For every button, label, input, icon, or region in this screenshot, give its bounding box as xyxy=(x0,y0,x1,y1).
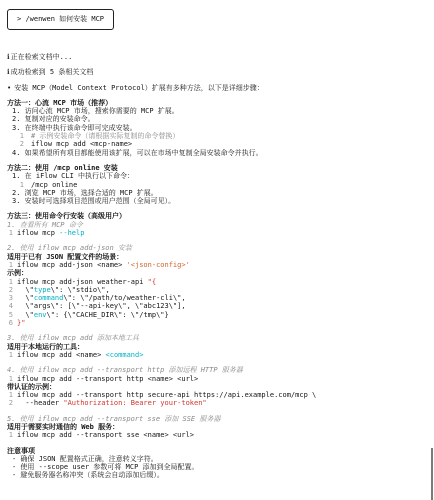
line-number: 6 xyxy=(7,319,13,327)
code-line: 1# 示例安装命令（请根据实际复制的命令替换） xyxy=(7,132,434,140)
prompt-text: /wenwen 如何安装 MCP xyxy=(25,15,104,23)
note-item: - 避免服务器名称冲突（系统会自动添加后缀）。 xyxy=(7,471,434,479)
method3-sub2-example-label: 示例： xyxy=(7,269,434,277)
code-text: iflow mcp add <mcp-name> xyxy=(31,140,132,148)
line-number: 1 xyxy=(7,351,13,359)
answer-intro-text: 安装 MCP（Model Context Protocol）扩展有多种方法，以下… xyxy=(14,84,264,92)
code-line: 2 \"type\": \"stdio\", xyxy=(7,286,434,294)
method1-code-block: 1# 示例安装命令（请根据实际复制的命令替换） 2iflow mcp add <… xyxy=(7,132,434,149)
code-line: 1iflow mcp add --transport http secure-a… xyxy=(7,391,434,399)
code-line: 4 \"args\": [\"--api-key\", \"abc123\"], xyxy=(7,302,434,310)
line-number: 1 xyxy=(15,132,24,140)
line-number: 1 xyxy=(7,229,13,237)
method2-step3: 3. 安装时可选择项目范围或用户范围（全局可见）。 xyxy=(7,197,434,205)
code-line: 5 \"env\": {\"CACHE_DIR\": \"/tmp\"} xyxy=(7,311,434,319)
method1-step4: 4. 如果希望所有项目都能使用该扩展，可以在市场中复制全局安装命令并执行。 xyxy=(7,149,434,157)
method3-sub5-label: 5. 使用 iflow mcp add --transport sse 添加 S… xyxy=(7,415,434,423)
line-number: 1 xyxy=(7,278,13,286)
status-searching-text: 正在检索文档中... xyxy=(11,53,73,61)
code-text: \": \"/path/to/weather-cli\", xyxy=(63,294,185,302)
code-text: iflow mcp add --transport sse <name> <ur… xyxy=(17,431,194,439)
method3-sub2-label: 2. 使用 iflow mcp add-json 安装 xyxy=(7,244,434,252)
method1-step: 3. 在终端中执行该命令即可完成安装。 xyxy=(7,124,434,132)
scrollbar-thumb[interactable] xyxy=(431,448,433,500)
code-text: \": \"stdio\", xyxy=(51,286,110,294)
code-key: type xyxy=(34,286,51,294)
code-text: iflow mcp add --transport http secure-ap… xyxy=(17,391,316,399)
code-line: 1iflow mcp add <name> <command> xyxy=(7,351,434,359)
method3-title: 方法三：使用命令行安装（高级用户） xyxy=(7,212,434,220)
code-string: "Authorization: Bearer your-token" xyxy=(63,399,206,407)
line-number: 1 xyxy=(7,391,13,399)
status-found-text: 成功检索到 5 条相关文档 xyxy=(11,68,94,76)
info-icon: ℹ xyxy=(7,53,10,61)
code-text: \" xyxy=(17,286,34,294)
code-text: iflow mcp add <name> xyxy=(17,351,106,359)
method3-sub2-desc: 适用于已有 JSON 配置文件的场景： xyxy=(7,253,434,261)
code-text: \" xyxy=(17,294,34,302)
code-text: iflow mcp add --transport http <name> <u… xyxy=(17,375,198,383)
code-line: 1iflow mcp add-json <name> '<json-config… xyxy=(7,261,434,269)
code-text: iflow mcp xyxy=(17,229,59,237)
line-number: 4 xyxy=(7,302,13,310)
code-line: 1iflow mcp add --transport http <name> <… xyxy=(7,375,434,383)
answer-intro: •安装 MCP（Model Context Protocol）扩展有多种方法，以… xyxy=(7,84,434,92)
method1-step: 2. 复制对应的安装命令。 xyxy=(7,115,434,123)
code-line: 2 --header "Authorization: Bearer your-t… xyxy=(7,399,434,407)
line-number: 1 xyxy=(7,375,13,383)
line-number: 2 xyxy=(7,399,13,407)
note-item: - 确保 JSON 配置格式正确，注意转义字符。 xyxy=(7,455,434,463)
method2-step2: 2. 浏览 MCP 市场，选择合适的 MCP 扩展。 xyxy=(7,189,434,197)
method3-sub4-label: 4. 使用 iflow mcp add --transport http 添加远… xyxy=(7,366,434,374)
notes-title: 注意事项 xyxy=(7,447,434,455)
line-number: 1 xyxy=(7,261,13,269)
user-prompt-box[interactable]: > /wenwen 如何安装 MCP xyxy=(7,9,114,30)
code-text: iflow mcp add-json <name> xyxy=(17,261,127,269)
code-key: command xyxy=(34,294,64,302)
code-line: 2iflow mcp add <mcp-name> xyxy=(7,140,434,148)
code-text: \"args\": [\"--api-key\", \"abc123\"], xyxy=(17,302,186,310)
method3-sub4-auth-label: 带认证的示例： xyxy=(7,383,434,391)
method3-sub3-label: 3. 使用 iflow mcp add 添加本地工具 xyxy=(7,334,434,342)
code-string: "{ xyxy=(148,278,156,286)
code-text: --header xyxy=(17,399,63,407)
code-text: \" xyxy=(17,311,34,319)
code-text: /mcp online xyxy=(31,181,77,189)
code-line: 6}" xyxy=(7,319,434,327)
code-text: iflow mcp add-json weather-api xyxy=(17,278,148,286)
code-line: 1iflow mcp add-json weather-api "{ xyxy=(7,278,434,286)
code-arg: <command> xyxy=(106,351,144,359)
line-number: 2 xyxy=(7,286,13,294)
code-line: 1iflow mcp add --transport sse <name> <u… xyxy=(7,431,434,439)
method3-sub1-label: 1. 查看所有 MCP 命令 xyxy=(7,221,434,229)
code-text: \": {\"CACHE_DIR\": \"/tmp\"} xyxy=(47,311,169,319)
code-arg: '<json-config>' xyxy=(127,261,190,269)
cli-transcript: > /wenwen 如何安装 MCP ℹ正在检索文档中... ℹ成功检索到 5 … xyxy=(0,0,434,480)
code-key: env xyxy=(34,311,47,319)
line-number: 3 xyxy=(7,294,13,302)
status-found: ℹ成功检索到 5 条相关文档 xyxy=(7,68,434,76)
code-line: 1/mcp online xyxy=(7,181,434,189)
status-searching: ℹ正在检索文档中... xyxy=(7,53,434,61)
code-string: }" xyxy=(17,319,25,327)
method3-sub5-desc: 适用于需要实时通信的 Web 服务： xyxy=(7,423,434,431)
line-number: 1 xyxy=(15,181,24,189)
method3-sub3-desc: 适用于本地运行的工具： xyxy=(7,343,434,351)
code-line: 3 \"command\": \"/path/to/weather-cli\", xyxy=(7,294,434,302)
method2-code-block: 1/mcp online xyxy=(7,181,434,189)
method2-step1: 1. 在 iFlow CLI 中执行以下命令： xyxy=(7,172,434,180)
info-icon: ℹ xyxy=(7,68,10,76)
line-number: 1 xyxy=(7,431,13,439)
code-line: 1iflow mcp --help xyxy=(7,229,434,237)
code-comment: # 示例安装命令（请根据实际复制的命令替换） xyxy=(31,132,179,140)
line-number: 5 xyxy=(7,311,13,319)
bullet-icon: • xyxy=(7,84,11,92)
method1-title: 方法一：心流 MCP 市场（推荐） xyxy=(7,99,434,107)
line-number: 2 xyxy=(15,140,24,148)
code-flag: --help xyxy=(59,229,84,237)
